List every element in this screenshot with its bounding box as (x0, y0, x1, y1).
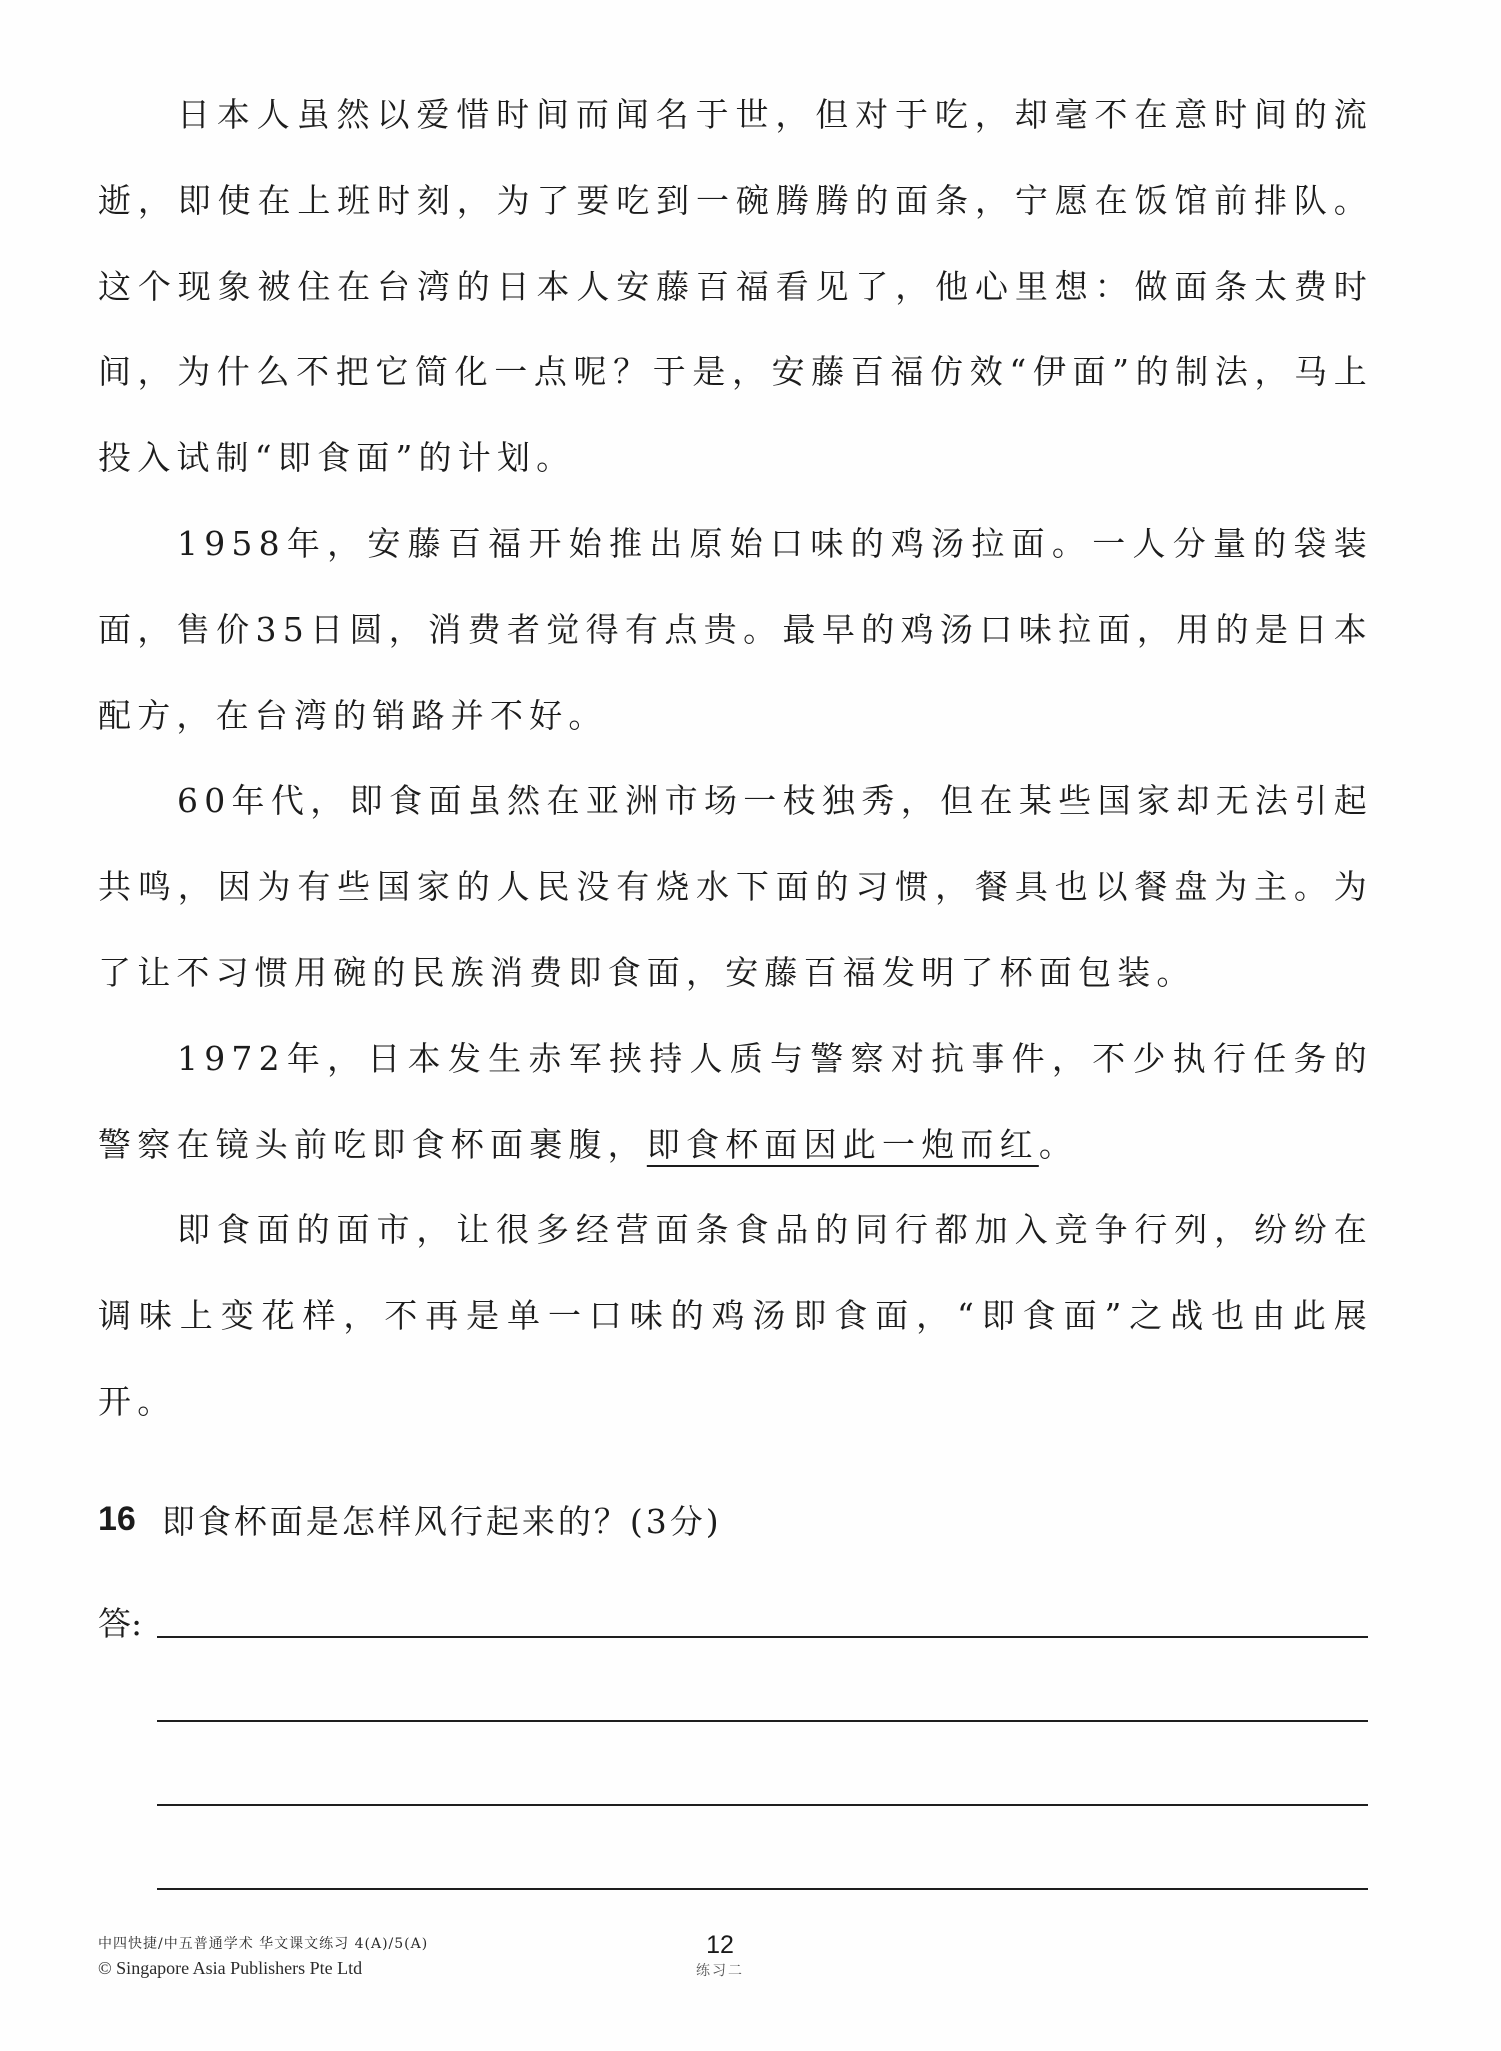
copyright-notice: © Singapore Asia Publishers Pte Ltd (98, 1956, 428, 1980)
page-number: 12 (660, 1930, 780, 1960)
paragraph-3: 60年代，即食面虽然在亚洲市场一枝独秀，但在某些国家却无法引起共鸣，因为有些国家… (98, 758, 1373, 1015)
paragraph-4-text-after: 。 (1039, 1125, 1078, 1164)
footer-credits: 中四快捷/中五普通学术 华文课文练习 4(A)/5(A) © Singapore… (98, 1932, 428, 1980)
question-16: 16 即食杯面是怎样风行起来的？(3分) (98, 1494, 722, 1544)
reading-passage: 日本人虽然以爱惜时间而闻名于世，但对于吃，却毫不在意时间的流逝，即使在上班时刻，… (98, 72, 1373, 1445)
paragraph-4: 1972年，日本发生赤军挟持人质与警察对抗事件，不少执行任务的警察在镜头前吃即食… (98, 1016, 1373, 1188)
page-footer: 12 练习二 (660, 1930, 780, 1982)
question-text: 即食杯面是怎样风行起来的？(3分) (162, 1496, 722, 1543)
answer-line-1[interactable] (157, 1636, 1368, 1638)
paragraph-1: 日本人虽然以爱惜时间而闻名于世，但对于吃，却毫不在意时间的流逝，即使在上班时刻，… (98, 72, 1373, 501)
paragraph-2: 1958年，安藤百福开始推出原始口味的鸡汤拉面。一人分量的袋装面，售价35日圆，… (98, 501, 1373, 758)
answer-label: 答: (98, 1598, 142, 1645)
answer-line-4[interactable] (157, 1888, 1368, 1890)
section-label: 练习二 (660, 1960, 780, 1982)
course-title: 中四快捷/中五普通学术 华文课文练习 4(A)/5(A) (98, 1932, 428, 1956)
answer-line-3[interactable] (157, 1804, 1368, 1806)
question-number: 16 (98, 1500, 136, 1539)
paragraph-5: 即食面的面市，让很多经营面条食品的同行都加入竞争行列，纷纷在调味上变花样，不再是… (98, 1187, 1373, 1444)
underlined-phrase: 即食杯面因此一炮而红 (647, 1125, 1039, 1164)
worksheet-page: 日本人虽然以爱惜时间而闻名于世，但对于吃，却毫不在意时间的流逝，即使在上班时刻，… (0, 0, 1501, 2051)
answer-line-2[interactable] (157, 1720, 1368, 1722)
